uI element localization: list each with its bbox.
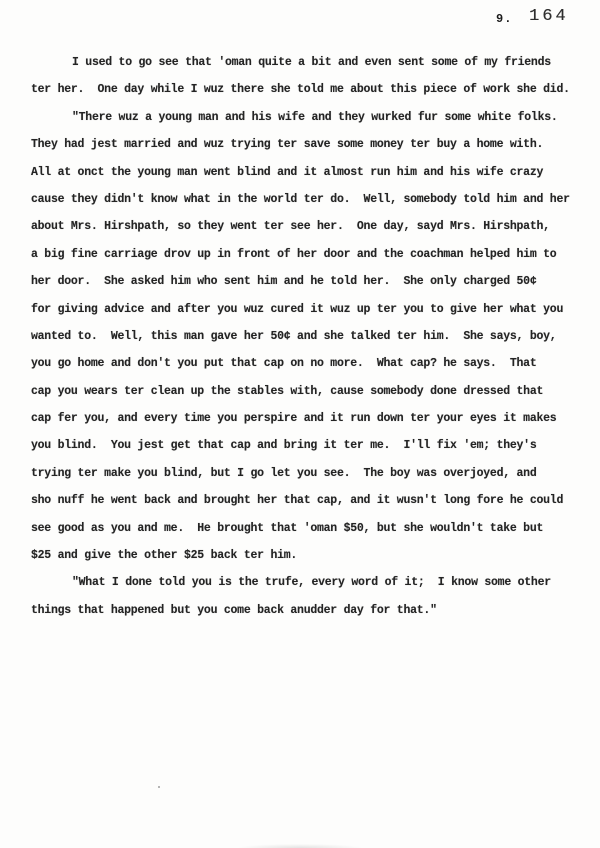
text-line: ter her. One day while I wuz there she t…: [31, 76, 576, 103]
page-number: 164: [529, 7, 569, 26]
document-body: I used to go see that 'oman quite a bit …: [31, 49, 576, 624]
text-line: things that happened but you come back a…: [31, 597, 576, 624]
text-line: "There wuz a young man and his wife and …: [31, 104, 576, 131]
text-line: trying ter make you blind, but I go let …: [31, 460, 576, 487]
text-line: cap you wears ter clean up the stables w…: [31, 378, 576, 405]
page-header: 9. 164: [0, 0, 600, 34]
text-line: about Mrs. Hirshpath, so they went ter s…: [31, 213, 576, 240]
paper-speck: [158, 786, 160, 788]
document-page: 9. 164 I used to go see that 'oman quite…: [0, 0, 600, 848]
text-line: a big fine carriage drov up in front of …: [31, 241, 576, 268]
text-line: They had jest married and wuz trying ter…: [31, 131, 576, 158]
text-line: you blind. You jest get that cap and bri…: [31, 432, 576, 459]
text-line: cap fer you, and every time you perspire…: [31, 405, 576, 432]
text-line: her door. She asked him who sent him and…: [31, 268, 576, 295]
text-line: All at onct the young man went blind and…: [31, 159, 576, 186]
text-line: cause they didn't know what in the world…: [31, 186, 576, 213]
text-line: "What I done told you is the trufe, ever…: [31, 569, 576, 596]
text-line: see good as you and me. He brought that …: [31, 515, 576, 542]
text-line: sho nuff he went back and brought her th…: [31, 487, 576, 514]
text-line: you go home and don't you put that cap o…: [31, 350, 576, 377]
section-number: 9.: [496, 12, 512, 26]
text-line: $25 and give the other $25 back ter him.: [31, 542, 576, 569]
text-line: I used to go see that 'oman quite a bit …: [31, 49, 576, 76]
text-line: for giving advice and after you wuz cure…: [31, 296, 576, 323]
text-line: wanted to. Well, this man gave her 50¢ a…: [31, 323, 576, 350]
